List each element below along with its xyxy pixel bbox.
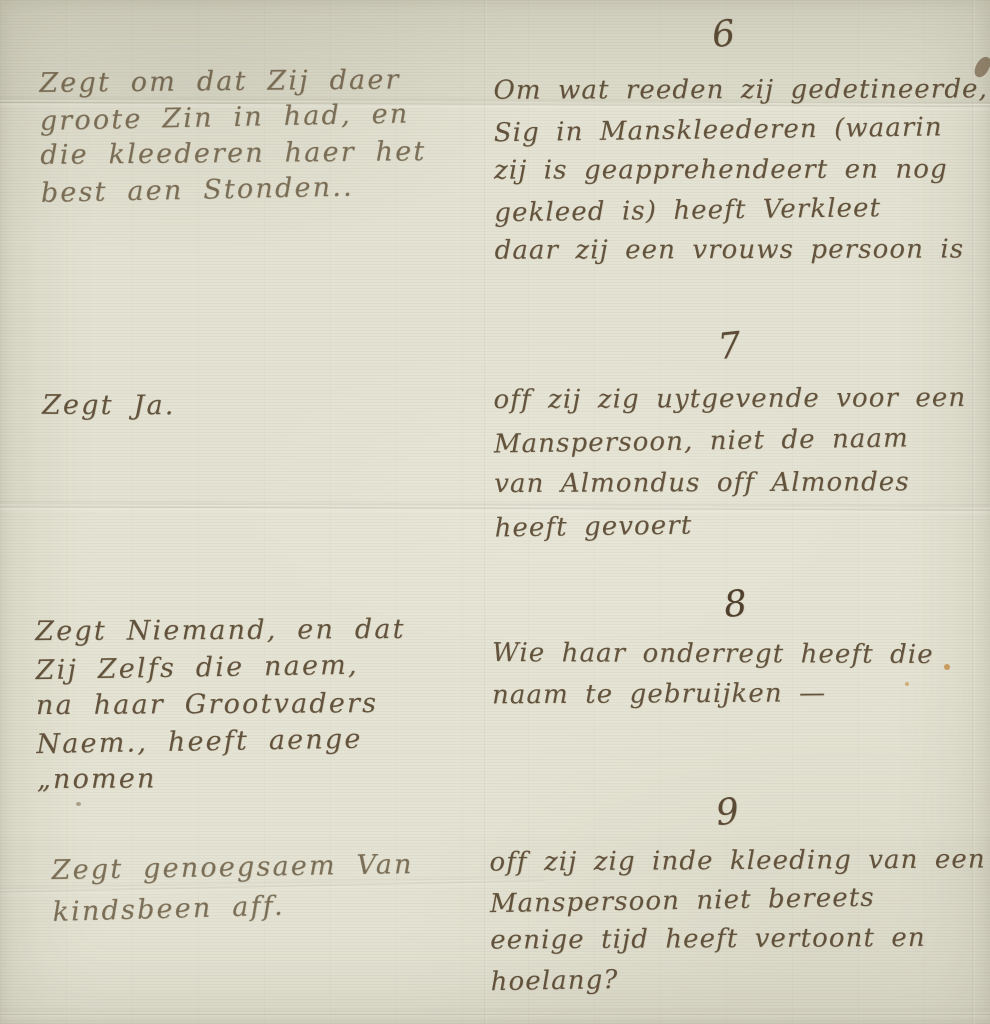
question-text: Wie haar onderregt heeft die naam te geb… <box>492 634 934 714</box>
question-text: off zij zig uytgevende voor een Manspers… <box>493 376 967 548</box>
answer-text: Zegt om dat Zij daer groote Zin in had, … <box>39 61 427 210</box>
handwritten-line: Naem., heeft aenge <box>36 720 407 763</box>
handwritten-line: eenige tijd heeft vertoont en <box>490 918 986 960</box>
manuscript-page: 6 Om wat reeden zij gedetineerde, Sig in… <box>0 0 990 1024</box>
handwritten-line: best aen Stonden.. <box>40 168 427 212</box>
foxing-spot <box>944 664 950 670</box>
fold-crease-bottom <box>0 1012 990 1015</box>
answer-text: Zegt genoegsaem Van kindsbeen aff. <box>51 844 415 932</box>
handwritten-line: die kleederen haer het <box>40 134 426 174</box>
handwritten-line: Zegt Niemand, en dat <box>35 611 406 650</box>
question-text: Om wat reeden zij gedetineerde, Sig in M… <box>493 68 989 271</box>
handwritten-line: Manspersoon, niet de naam <box>494 416 967 465</box>
question-number: 6 <box>710 13 737 56</box>
handwritten-line: Zegt Ja. <box>42 388 176 425</box>
answer-text: Zegt Ja. <box>42 388 176 424</box>
handwritten-line: Sig in Manskleederen (waarin <box>493 107 988 153</box>
handwritten-line: Zij Zelfs die naem, <box>35 646 406 689</box>
handwritten-line: „nomen <box>37 759 408 798</box>
handwritten-line: heeft gevoert <box>494 500 967 549</box>
handwritten-line: daar zij een vrouws persoon is <box>495 229 990 270</box>
handwritten-line: na haar Grootvaders <box>36 685 407 724</box>
handwritten-line: off zij zig uytgevende voor een <box>493 377 966 421</box>
handwritten-line: groote Zin in had, en <box>39 96 426 140</box>
handwritten-line: Zegt om dat Zij daer <box>39 62 425 102</box>
handwritten-line: van Almondus off Almondes <box>494 461 967 505</box>
handwritten-line: Manspersoon niet bereets <box>490 877 987 924</box>
fold-crease-vertical <box>484 0 487 1024</box>
handwritten-line: off zij zig inde kleeding van een <box>489 840 985 882</box>
question-number: 9 <box>714 791 741 834</box>
handwritten-line: naam te gebruijken — <box>492 673 934 716</box>
handwritten-line: gekleed is) heeft Verkleet <box>494 187 989 233</box>
handwritten-line: zij is geapprehendeert en nog <box>494 149 989 190</box>
handwritten-line: hoelang? <box>490 955 987 1002</box>
question-number: 7 <box>716 325 743 368</box>
handwritten-line: Om wat reeden zij gedetineerde, <box>493 69 988 110</box>
question-number: 8 <box>722 583 749 626</box>
answer-text: Zegt Niemand, en dat Zij Zelfs die naem,… <box>35 610 407 799</box>
handwritten-line: kindsbeen aff. <box>52 883 415 933</box>
handwritten-line: Wie haar onderregt heeft die <box>492 633 934 675</box>
paper-speck <box>76 802 81 806</box>
question-text: off zij zig inde kleeding van een Manspe… <box>489 839 987 1000</box>
